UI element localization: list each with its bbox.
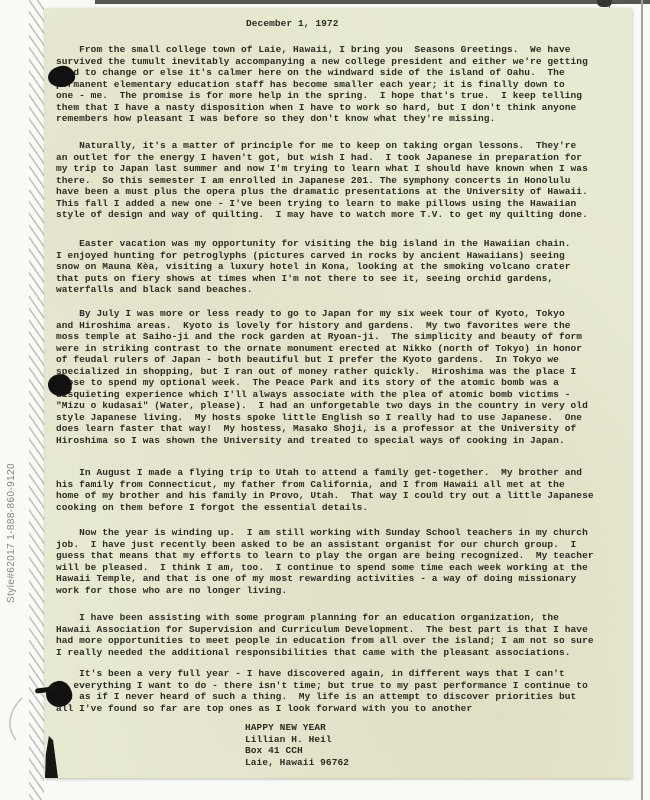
letter-line: an outlet for the energy I haven't got, … <box>56 152 588 164</box>
letter-line: waterfalls and black sand beaches. <box>56 284 571 296</box>
letter-paragraph-5: In August I made a flying trip to Utah t… <box>56 467 594 513</box>
letter-line: act as if I never heard of such a thing.… <box>56 691 588 703</box>
letter-line: there. So this semester I am enrolled in… <box>56 175 588 187</box>
letter-line: home of my brother and his family in Pro… <box>56 490 594 502</box>
letter-line: disquieting experience which I'll always… <box>56 389 588 401</box>
letter-line: survived the tumult inevitably accompany… <box>56 56 588 68</box>
letter-line: HAPPY NEW YEAR <box>245 722 349 734</box>
letter-line: style Japanese living. My hosts spoke li… <box>56 412 588 424</box>
letter-line: Naturally, it's a matter of principle fo… <box>56 140 588 152</box>
letter-paragraph-2: Naturally, it's a matter of principle fo… <box>56 140 588 221</box>
letter-line: "Mizu o kudasai" (Water, please). I had … <box>56 400 588 412</box>
sleeve-serrated-edge <box>29 0 44 800</box>
letter-line: have been a must plus the opera plus the… <box>56 186 588 198</box>
letter-line: This fall I added a new one - I've been … <box>56 198 588 210</box>
sleeve-crease-line <box>3 696 25 742</box>
letter-line: them that I have a nasty disposition whe… <box>56 102 588 114</box>
letter-line: cooking on them before I forgot the esse… <box>56 502 594 514</box>
letter-paragraph-6: Now the year is winding up. I am still w… <box>56 527 594 596</box>
letter-paragraph-3: Easter vacation was my opportunity for v… <box>56 238 571 296</box>
letter-line: remembers how pleasant I was before so t… <box>56 113 588 125</box>
letter-line: I have been assisting with some program … <box>56 612 594 624</box>
letter-line: It's been a very full year - I have disc… <box>56 668 588 680</box>
letter-line: do everything I want to do - there isn't… <box>56 680 588 692</box>
sleeve-product-label: Style#62017 1-888-860-9120 <box>1 460 21 605</box>
letter-line: Now the year is winding up. I am still w… <box>56 527 594 539</box>
letter-line: his family from Connecticut, my father f… <box>56 479 594 491</box>
letter-line: Box 41 CCH <box>245 745 349 757</box>
letter-line: of feudal rulers of Japan - both beautif… <box>56 354 588 366</box>
letter-line: all I've found so far are top ones as I … <box>56 703 588 715</box>
letter-line: In August I made a flying trip to Utah t… <box>56 467 594 479</box>
letter-line: will be pleased. I think I am, too. I co… <box>56 562 594 574</box>
letter-line: Easter vacation was my opportunity for v… <box>56 238 571 250</box>
letter-line: snow on Mauna Kèa, visiting a luxury hot… <box>56 261 571 273</box>
letter-line: work for those who are no longer living. <box>56 585 594 597</box>
signature-block: HAPPY NEW YEARLillian H. HeilBox 41 CCHL… <box>245 722 349 768</box>
letter-line: style of design and way of quilting. I m… <box>56 209 588 221</box>
letter-line: guess that means that my efforts to lear… <box>56 550 594 562</box>
letter-line: and Hiroshima areas. Kyoto is lovely for… <box>56 320 588 332</box>
letter-line: one - me. The promise is for more help i… <box>56 90 588 102</box>
sleeve-right-edge-line <box>641 0 643 800</box>
letter-line: permanent elementary education staff has… <box>56 79 588 91</box>
letter-line: that puts on fiery shows at times when I… <box>56 273 571 285</box>
letter-line: From the small college town of Laie, Haw… <box>56 44 588 56</box>
letter-line: By July I was more or less ready to go t… <box>56 308 588 320</box>
letter-paper: December 1, 1972 From the small college … <box>45 8 632 778</box>
letter-line: used to change or else it's calmer here … <box>56 67 588 79</box>
letter-line: Lillian H. Heil <box>245 734 349 746</box>
letter-line: Hiroshima so I was shown the University … <box>56 435 588 447</box>
letter-line: had more opportunities to meet people in… <box>56 635 594 647</box>
scan-top-edge-artifact <box>95 0 650 4</box>
letter-line: job. I have just recently been asked to … <box>56 539 594 551</box>
letter-line: specialized in shopping, but I ran out o… <box>56 366 588 378</box>
letter-line: I really needed the additional responsib… <box>56 647 594 659</box>
letter-paragraph-8: It's been a very full year - I have disc… <box>56 668 588 714</box>
letter-line: I enjoyed hunting for petroglyphs (pictu… <box>56 250 571 262</box>
letter-date: December 1, 1972 <box>246 18 339 30</box>
sleeve-label-text: Style#62017 1-888-860-9120 <box>6 463 17 603</box>
letter-paragraph-1: From the small college town of Laie, Haw… <box>56 44 588 125</box>
letter-paragraph-4: By July I was more or less ready to go t… <box>56 308 588 446</box>
letter-line: chose to spend my optional week. The Pea… <box>56 377 588 389</box>
letter-line: Hawaii Association for Supervision and C… <box>56 624 594 636</box>
letter-paragraph-7: I have been assisting with some program … <box>56 612 594 658</box>
letter-line: were in striking contrast to the ornate … <box>56 343 588 355</box>
letter-line: Hawaii Temple, and that is one of my mos… <box>56 573 594 585</box>
letter-line: Laie, Hawaii 96762 <box>245 757 349 769</box>
letter-line: my trip to Japan last summer and now I'm… <box>56 163 588 175</box>
letter-line: moss temple at Saiho-ji and the rock gar… <box>56 331 588 343</box>
paper-corner-shadow <box>45 736 58 778</box>
letter-line: does learn faster that way! My hostess, … <box>56 423 588 435</box>
